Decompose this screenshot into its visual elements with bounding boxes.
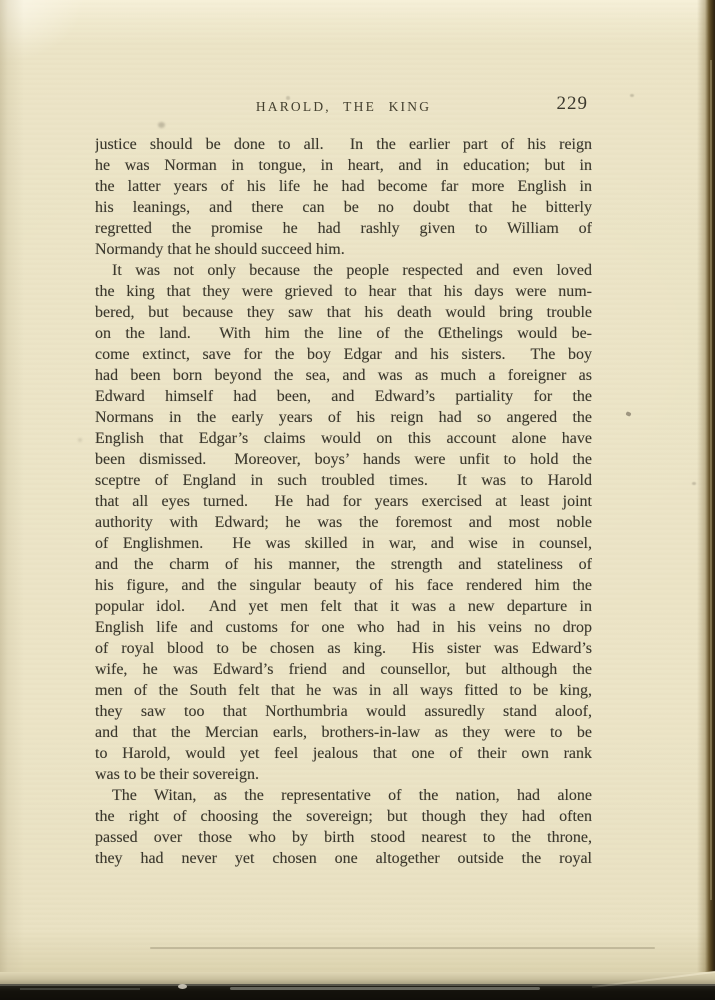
text-line: had been born beyond the sea, and was as… (95, 365, 592, 386)
text-line: Normandy that he should succeed him. (95, 239, 592, 260)
paper-speck (692, 482, 696, 485)
text-line: and that the Mercian earls, brothers-in-… (95, 722, 592, 743)
page-edge-left (0, 0, 26, 984)
text-line: bered, but because they saw that his dea… (95, 302, 592, 323)
text-line: wife, he was Edward’s friend and counsel… (95, 659, 592, 680)
text-line: regretted the promise he had rashly give… (95, 218, 592, 239)
book-page: HAROLD, THE KING 229 justice should be d… (0, 0, 715, 1000)
text-line: justice should be done to all. In the ea… (95, 134, 592, 155)
text-line: Normans in the early years of his reign … (95, 407, 592, 428)
page-edge-glint (20, 988, 140, 990)
text-line: authority with Edward; he was the foremo… (95, 512, 592, 533)
text-line: English life and customs for one who had… (95, 617, 592, 638)
paper-speck (78, 438, 82, 442)
text-line: sceptre of England in such troubled time… (95, 470, 592, 491)
page-edge-glint (230, 987, 540, 990)
page-number: 229 (557, 93, 589, 115)
text-line: and the charm of his manner, the strengt… (95, 554, 592, 575)
text-line: The Witan, as the representative of the … (95, 785, 592, 806)
text-line: of royal blood to be chosen as king. His… (95, 638, 592, 659)
text-line: the latter years of his life he had beco… (95, 176, 592, 197)
text-line: popular idol. And yet men felt that it w… (95, 596, 592, 617)
text-line: was to be their sovereign. (95, 764, 592, 785)
page-bottom-crease (150, 947, 655, 949)
text-line: passed over those who by birth stood nea… (95, 827, 592, 848)
text-line: the right of choosing the sovereign; but… (95, 806, 592, 827)
book-spine-edge (697, 0, 715, 988)
text-line: that all eyes turned. He had for years e… (95, 491, 592, 512)
text-line: been dismissed. Moreover, boys’ hands we… (95, 449, 592, 470)
paper-speck (158, 122, 165, 128)
paper-speck (630, 94, 634, 97)
text-line: his leanings, and there can be no doubt … (95, 197, 592, 218)
text-line: It was not only because the people respe… (95, 260, 592, 281)
text-line: English that Edgar’s claims would on thi… (95, 428, 592, 449)
text-line: come extinct, save for the boy Edgar and… (95, 344, 592, 365)
text-line: his figure, and the singular beauty of h… (95, 575, 592, 596)
text-line: Edward himself had been, and Edward’s pa… (95, 386, 592, 407)
running-header: HAROLD, THE KING 229 (95, 96, 592, 120)
edge-speck (178, 984, 187, 989)
page-text: justice should be done to all. In the ea… (95, 134, 592, 869)
text-line: men of the South felt that he was in all… (95, 680, 592, 701)
text-line: he was Norman in tongue, in heart, and i… (95, 155, 592, 176)
text-line: on the land. With him the line of the Œt… (95, 323, 592, 344)
chapter-title: HAROLD, THE KING (95, 99, 592, 115)
spine-highlight (710, 60, 712, 900)
text-line: they had never yet chosen one altogether… (95, 848, 592, 869)
text-line: the king that they were grieved to hear … (95, 281, 592, 302)
text-line: to Harold, would yet feel jealous that o… (95, 743, 592, 764)
text-line: of Englishmen. He was skilled in war, an… (95, 533, 592, 554)
text-line: they saw too that Northumbria would assu… (95, 701, 592, 722)
